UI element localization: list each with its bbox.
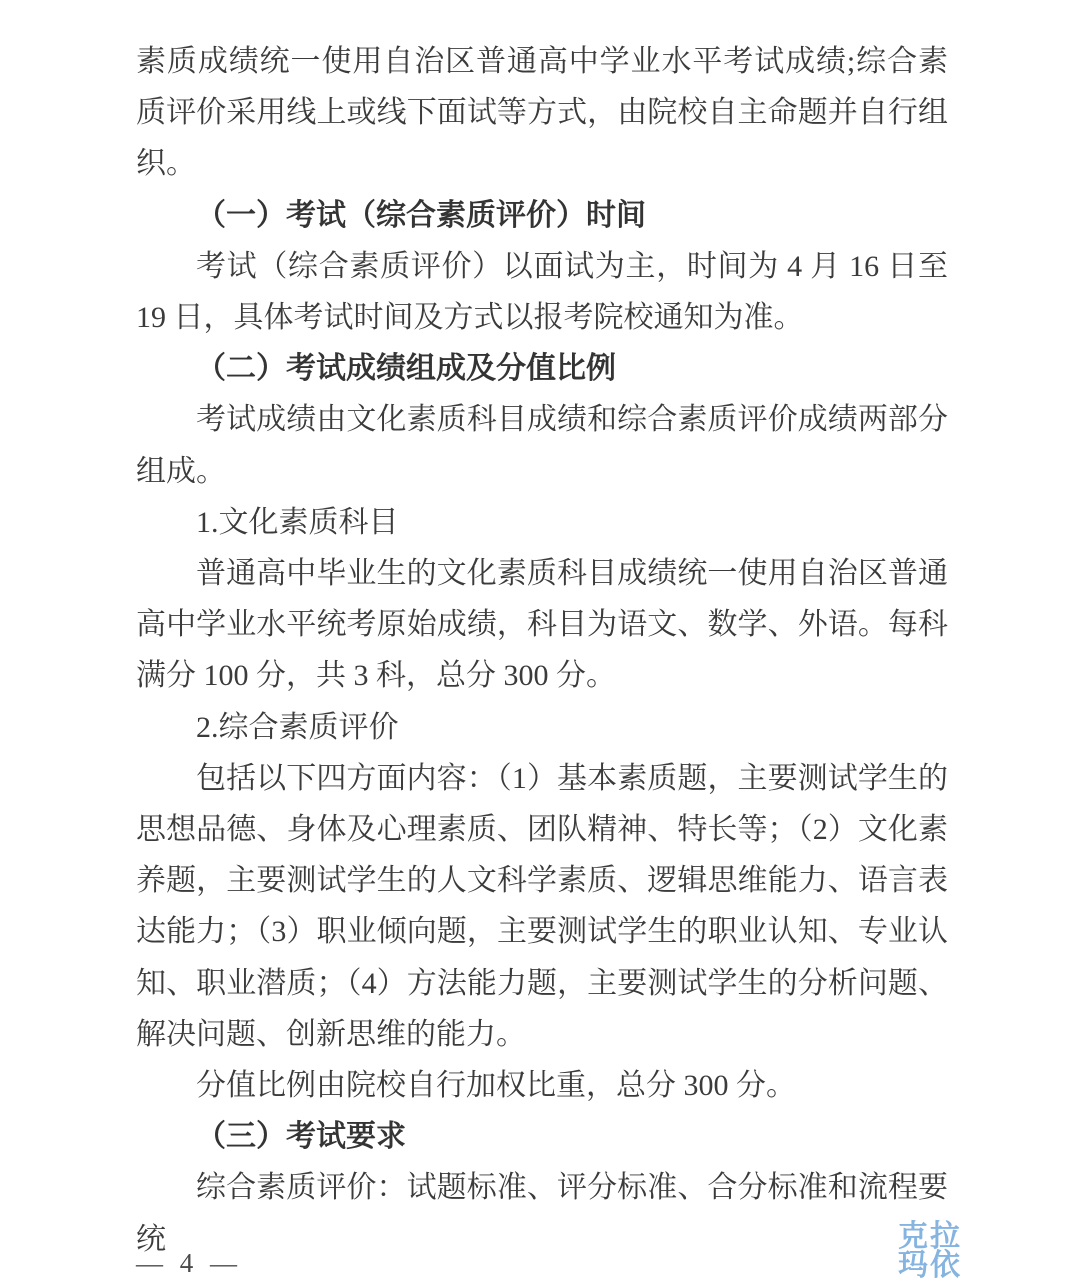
subsection-heading-1: 1.文化素质科目 — [136, 497, 948, 548]
document-body: 素质成绩统一使用自治区普通高中学业水平考试成绩;综合素质评价采用线上或线下面试等… — [136, 36, 948, 1265]
paragraph: 考试成绩由文化素质科目成绩和综合素质评价成绩两部分组成。 — [136, 394, 948, 496]
document-page: 素质成绩统一使用自治区普通高中学业水平考试成绩;综合素质评价采用线上或线下面试等… — [0, 0, 1080, 1287]
watermark-kelamayi: 克拉 玛依 — [898, 1222, 962, 1280]
paragraph: 普通高中毕业生的文化素质科目成绩统一使用自治区普通高中学业水平统考原始成绩，科目… — [136, 548, 948, 702]
paragraph: 包括以下四方面内容：（1）基本素质题，主要测试学生的思想品德、身体及心理素质、团… — [136, 753, 948, 1060]
page-number: — 4 — — [136, 1248, 242, 1279]
subsection-heading-2: 2.综合素质评价 — [136, 702, 948, 753]
paragraph-continuation: 素质成绩统一使用自治区普通高中学业水平考试成绩;综合素质评价采用线上或线下面试等… — [136, 36, 948, 190]
watermark-line-2: 玛依 — [898, 1251, 962, 1280]
paragraph: 分值比例由院校自行加权比重，总分 300 分。 — [136, 1060, 948, 1111]
paragraph: 考试（综合素质评价）以面试为主，时间为 4 月 16 日至 19 日，具体考试时… — [136, 241, 948, 343]
section-heading-1: （一）考试（综合素质评价）时间 — [136, 190, 948, 241]
section-heading-3: （三）考试要求 — [136, 1111, 948, 1162]
section-heading-2: （二）考试成绩组成及分值比例 — [136, 343, 948, 394]
watermark-line-1: 克拉 — [898, 1222, 962, 1251]
paragraph-clipped: 综合素质评价：试题标准、评分标准、合分标准和流程要统 — [136, 1162, 948, 1264]
